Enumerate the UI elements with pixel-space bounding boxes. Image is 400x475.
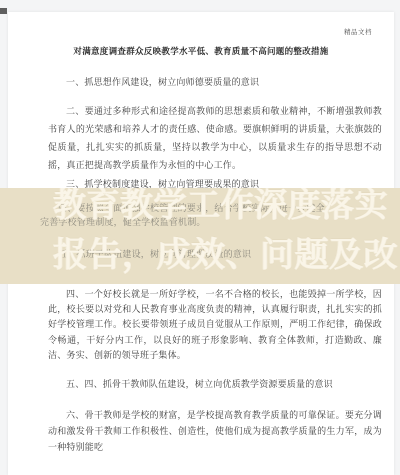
document-title: 对满意度调查群众反映教学水平低、教育质量不高问题的整改措施: [18, 45, 384, 57]
watermark-title-line-1: 教育教学工作深度落实: [53, 188, 388, 225]
paragraph-5: 五、四、抓骨干教师队伍建设，树立向优质教学资源要质量的意识: [48, 377, 382, 392]
watermark-band: 四、要按照全面加强学校管理的要求，结合学校实际，进一步健全 完善学校管理制度，健…: [0, 188, 400, 284]
watermark-title-line-2: 报告，成效、问题及改: [53, 234, 398, 276]
paragraph-6-cutoff: 六、骨干教师是学校的财富，是学校提高教育教学质量的可靠保证。要充分调动和激发骨干…: [48, 407, 382, 455]
screenshot-root: 精品文档 对满意度调查群众反映教学水平低、教育质量不高问题的整改措施 一、抓思想…: [0, 0, 400, 475]
paragraph-2: 二、要通过多种形式和途径提高教师的思想素质和敬业精神，不断增强教师教书育人的光荣…: [48, 102, 382, 174]
scan-corner-artifact: [0, 8, 7, 14]
paragraph-4: 四、一个好校长就是一所好学校，一名不合格的校长，也能毁掉一所学校，因此，校长要以…: [48, 287, 382, 363]
corner-watermark-label: 精品文档: [344, 27, 372, 36]
paragraph-1: 一、抓思想作风建设，树立向师德要质量的意识: [48, 73, 382, 91]
